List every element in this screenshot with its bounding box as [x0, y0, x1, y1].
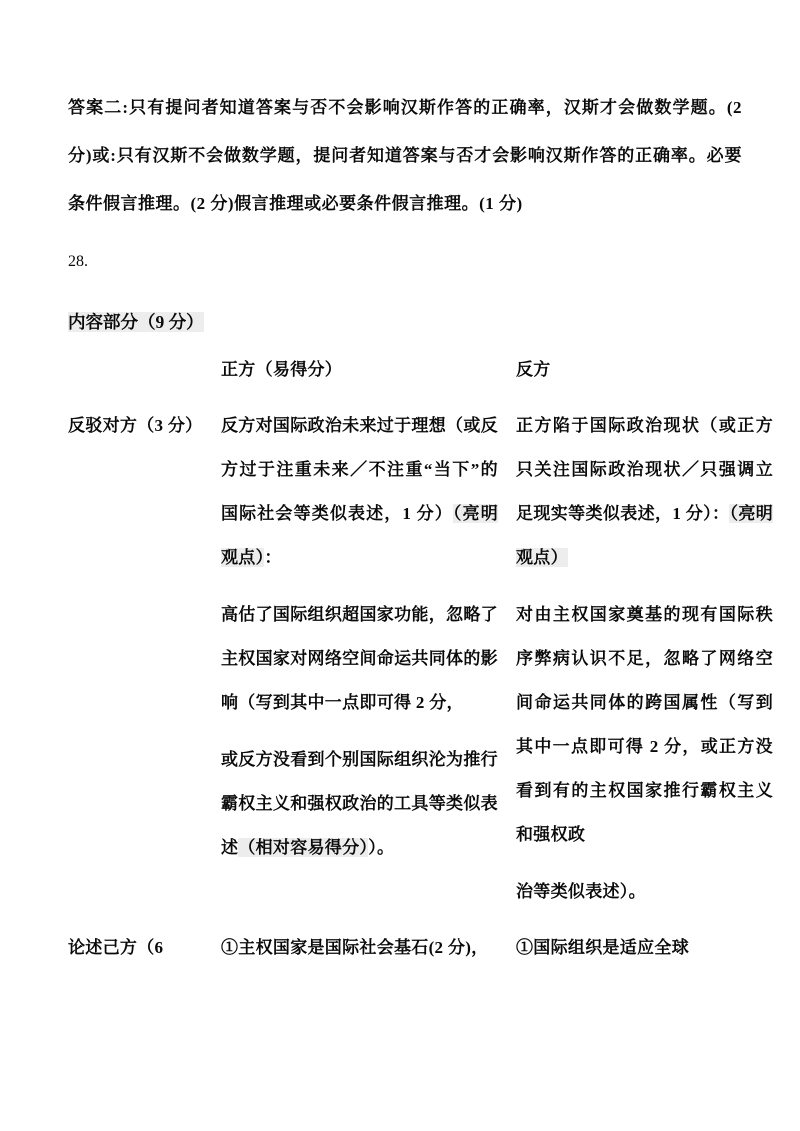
- header-con-cell: 反方: [516, 348, 773, 392]
- document-page: 答案二:只有提问者知道答案与否不会影响汉斯作答的正确率，汉斯才会做数学题。(2 …: [0, 0, 800, 970]
- rebut-pro-p3-tail: ）。: [368, 838, 394, 857]
- argue-con-cell: ①国际组织是适应全球: [516, 926, 773, 970]
- rebut-pro-paragraph-1: 反方对国际政治未来过于理想（或反方过于注重未来／不注重“当下”的国际社会等类似表…: [221, 404, 498, 580]
- rebut-pro-paragraph-2: 高估了国际组织超国家功能，忽略了主权国家对网络空间命运共同体的影响（写到其中一点…: [221, 593, 498, 725]
- argue-con-paragraph-1: ①国际组织是适应全球: [516, 926, 773, 970]
- rebut-pro-cell: 反方对国际政治未来过于理想（或反方过于注重未来／不注重“当下”的国际社会等类似表…: [221, 404, 498, 914]
- rebut-row-label: 反驳对方（3 分）: [68, 404, 203, 448]
- rebut-con-paragraph-3: 治等类似表述）。: [516, 870, 773, 914]
- rebut-con-paragraph-2: 对由主权国家奠基的现有国际秩序弊病认识不足，忽略了网络空间命运共同体的跨国属性（…: [516, 593, 773, 857]
- rebut-row-label-cell: 反驳对方（3 分）: [68, 404, 203, 914]
- answer-two-paragraph: 答案二:只有提问者知道答案与否不会影响汉斯作答的正确率，汉斯才会做数学题。(2 …: [68, 84, 742, 228]
- question-number: 28.: [68, 240, 800, 284]
- rebut-pro-p1-tail: ：: [264, 548, 281, 567]
- rebut-pro-p3-highlight: （相对容易得分）: [238, 838, 368, 857]
- section-title-text: 内容部分（9 分）: [68, 312, 204, 332]
- argue-pro-cell: ①主权国家是国际社会基石(2 分)，: [221, 926, 498, 970]
- rebut-con-cell: 正方陷于国际政治现状（或正方只关注国际政治现状／只强调立足现实等类似表述，1 分…: [516, 404, 773, 914]
- argue-row-label: 论述己方（6: [68, 926, 203, 970]
- section-title: 内容部分（9 分）: [68, 300, 800, 344]
- header-pro-cell: 正方（易得分）: [221, 348, 498, 392]
- argue-pro-paragraph-1: ①主权国家是国际社会基石(2 分)，: [221, 926, 498, 970]
- argue-row-label-cell: 论述己方（6: [68, 926, 203, 970]
- rebut-pro-paragraph-3: 或反方没看到个别国际组织沦为推行霸权主义和强权政治的工具等类似表述（相对容易得分…: [221, 738, 498, 870]
- header-label-cell: [68, 348, 203, 392]
- rebut-con-paragraph-1: 正方陷于国际政治现状（或正方只关注国际政治现状／只强调立足现实等类似表述，1 分…: [516, 404, 773, 580]
- rubric-table: 正方（易得分） 反方 反驳对方（3 分） 反方对国际政治未来过于理想（或反方过于…: [68, 348, 773, 970]
